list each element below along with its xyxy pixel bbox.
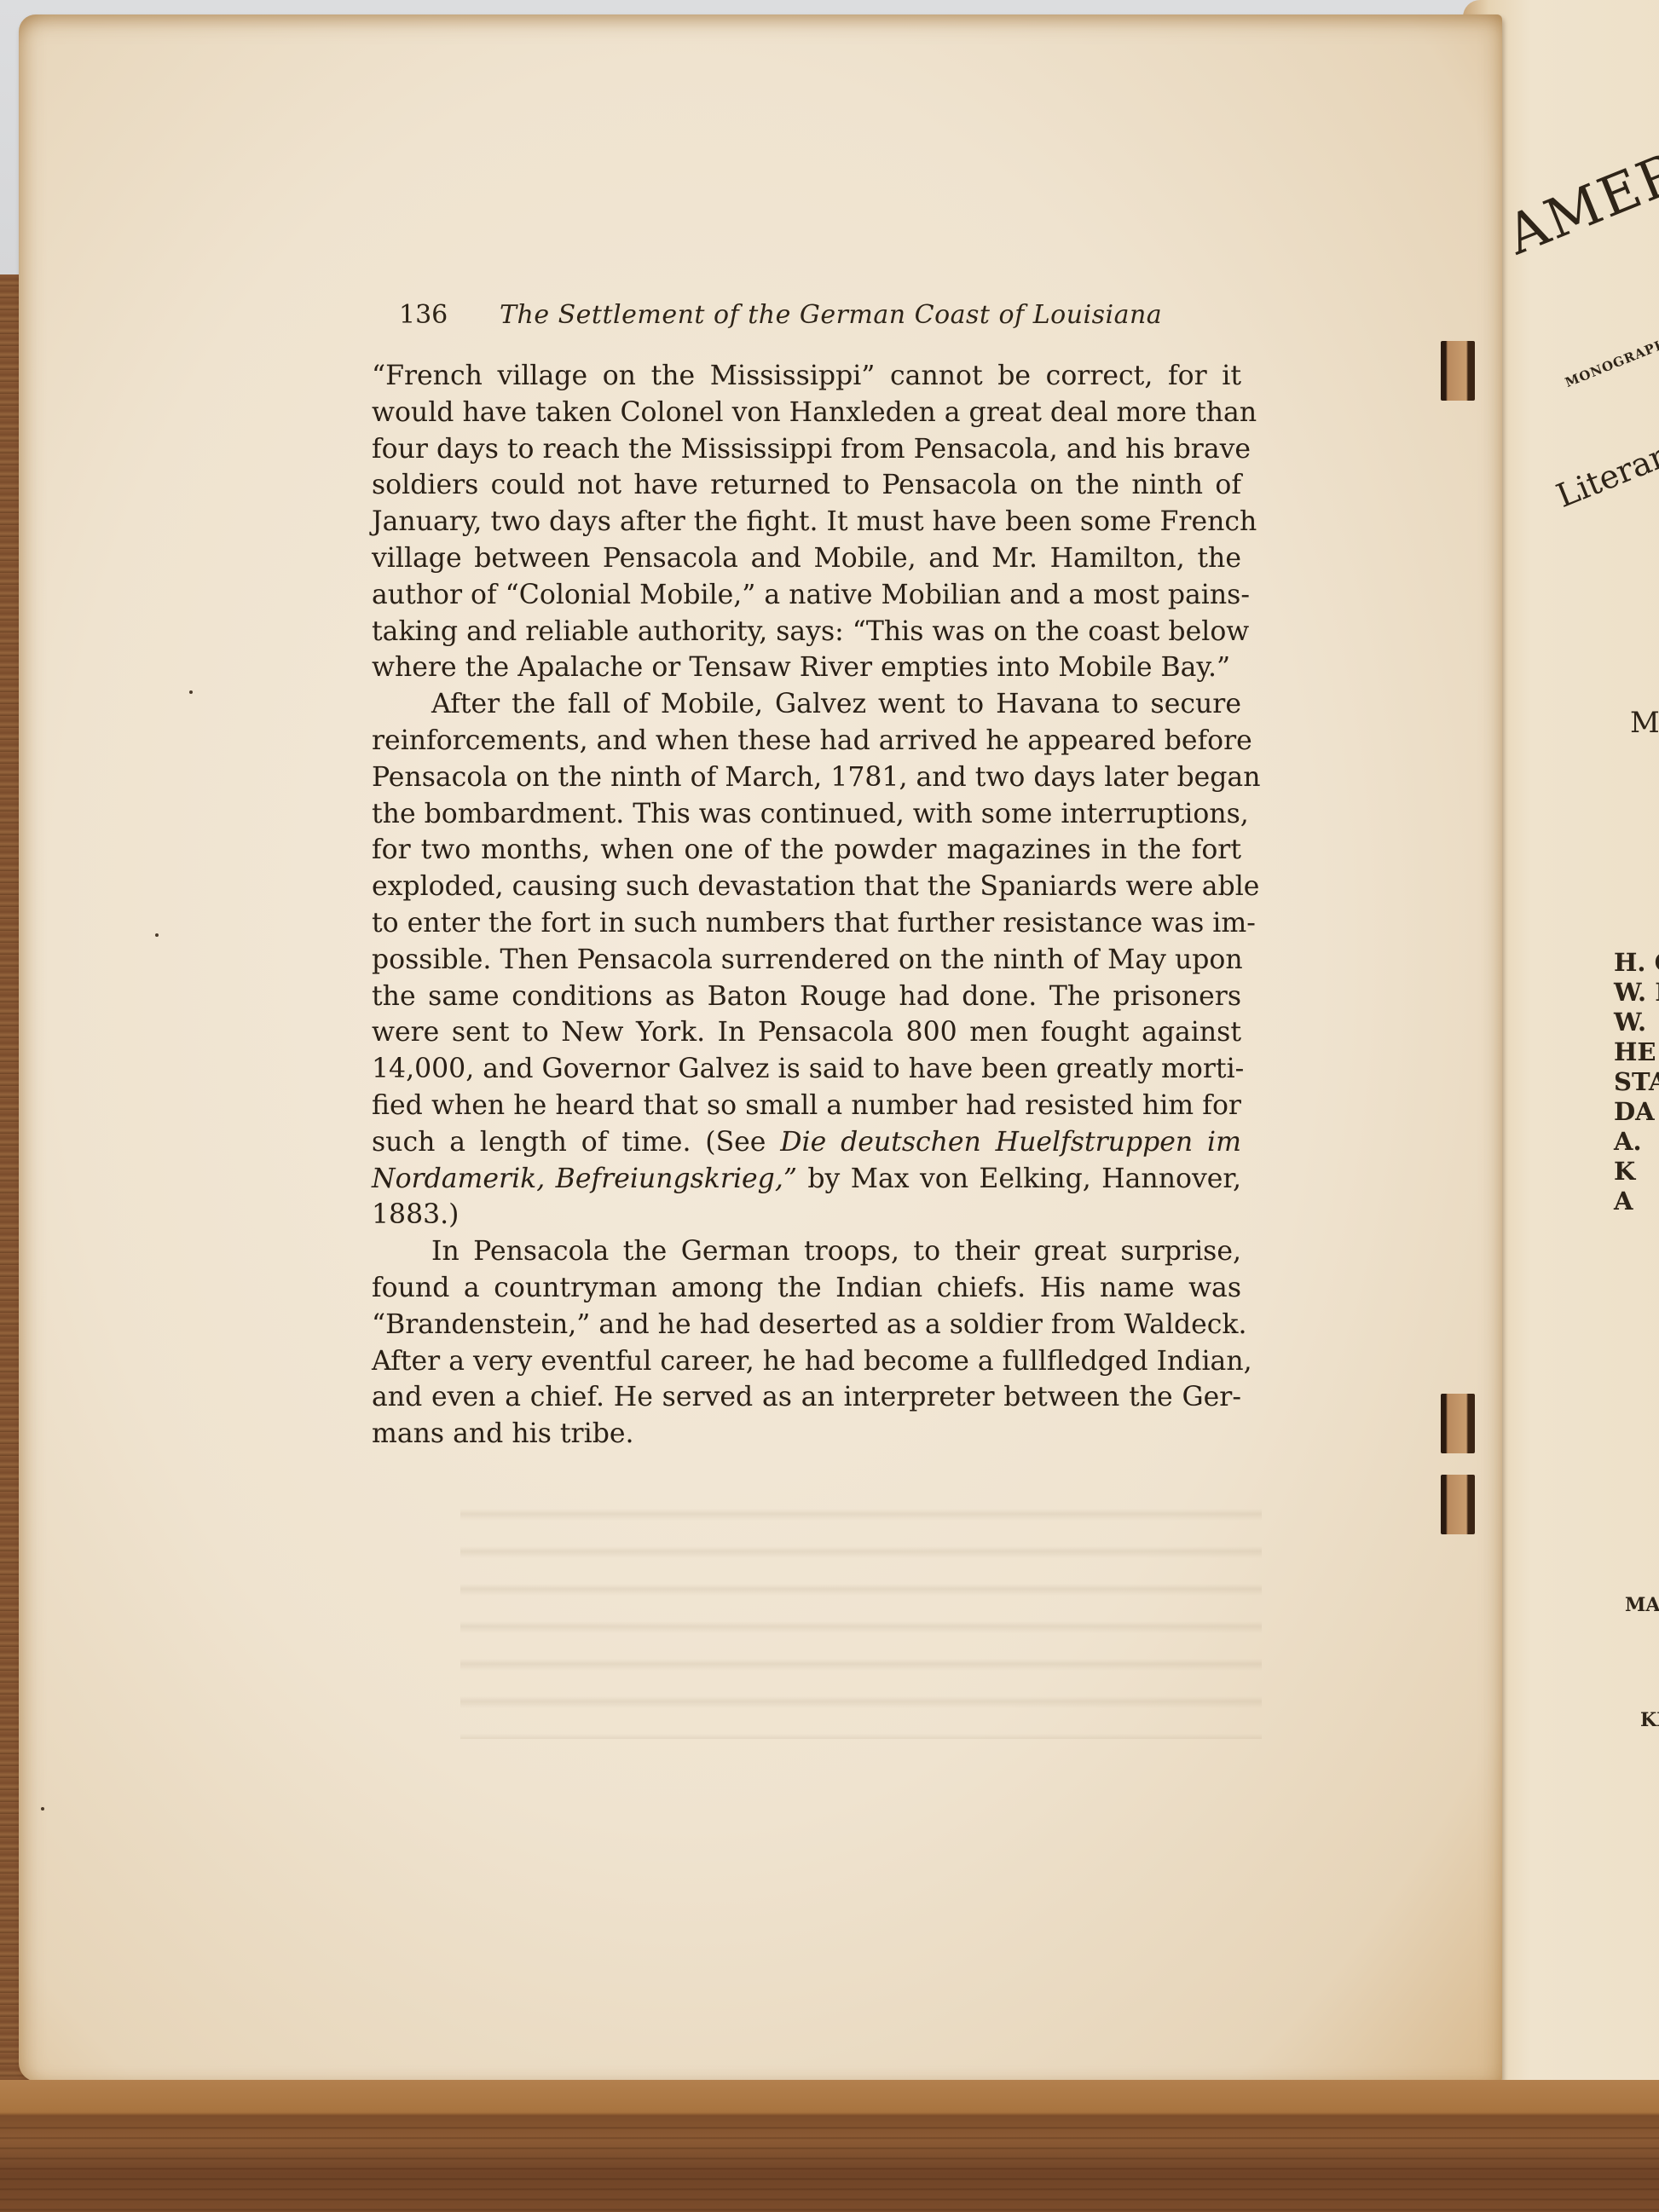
text-line: author of “Colonial Mobile,” a native Mo… [372, 577, 1241, 614]
text-line: In Pensacola the German troops, to their… [372, 1233, 1241, 1270]
page-number: 136 [399, 300, 500, 330]
text-line: January, two days after the fight. It mu… [372, 504, 1241, 540]
text-line: possible. Then Pensacola surrendered on … [372, 942, 1241, 979]
text-line: were sent to New York. In Pensacola 800 … [372, 1014, 1241, 1051]
text-line: would have taken Colonel von Hanxleden a… [372, 395, 1241, 431]
text-line: mans and his tribe. [372, 1416, 1241, 1453]
text-line: the same conditions as Baton Rouge had d… [372, 979, 1241, 1015]
text-line: soldiers could not have returned to Pens… [372, 467, 1241, 504]
name-fragment: K [1614, 1157, 1659, 1187]
text-line: found a countryman among the Indian chie… [372, 1270, 1241, 1307]
page-body: “French village on the Mississippi” cann… [372, 358, 1241, 1453]
running-title: The Settlement of the German Coast of Lo… [500, 300, 1162, 330]
text-line: reinforcements, and when these had arriv… [372, 723, 1241, 759]
name-fragment: A. [1614, 1127, 1659, 1157]
name-fragment: STA [1614, 1067, 1659, 1097]
paper-speck [41, 1807, 44, 1811]
reverse-side-show-through [460, 1483, 1262, 1739]
text-line: for two months, when one of the powder m… [372, 832, 1241, 869]
text-line: Pensacola on the ninth of March, 1781, a… [372, 759, 1241, 796]
paragraph-3: In Pensacola the German troops, to their… [372, 1233, 1241, 1453]
binding-thread-middle [1441, 1394, 1475, 1453]
citation-prefix: such a length of time. (See [372, 1127, 780, 1158]
text-line: four days to reach the Mississippi from … [372, 431, 1241, 468]
citation-author: by Max von Eelking, Hannover, [797, 1164, 1241, 1194]
text-line: taking and reliable authority, says: “Th… [372, 614, 1241, 650]
text-line: where the Apalache or Tensaw River empti… [372, 650, 1241, 686]
text-line: 14,000, and Governor Galvez is said to h… [372, 1051, 1241, 1088]
right-page-names-list: H. C W. I W. HE STA DA A. K A [1614, 948, 1659, 1216]
right-page-publisher-fragment-2: KI [1640, 1709, 1659, 1731]
right-page-initial-fragment: M [1630, 706, 1659, 740]
name-fragment: HE [1614, 1037, 1659, 1067]
name-fragment: W. [1614, 1008, 1659, 1037]
name-fragment: W. I [1614, 978, 1659, 1008]
paper-speck [155, 933, 159, 937]
citation-line: Nordamerik, Befreiungskrieg,” by Max von… [372, 1161, 1241, 1198]
paper-speck [189, 690, 193, 694]
name-fragment: DA [1614, 1097, 1659, 1127]
wooden-shelf-front [0, 2080, 1659, 2212]
citation-line: such a length of time. (See Die deutsche… [372, 1124, 1241, 1161]
text-line: “Brandenstein,” and he had deserted as a… [372, 1307, 1241, 1343]
text-line: and even a chief. He served as an interp… [372, 1379, 1241, 1416]
binding-thread-top [1441, 341, 1475, 401]
name-fragment: H. C [1614, 948, 1659, 978]
name-fragment: A [1614, 1187, 1659, 1216]
citation-title-italic: Die deutschen Huelfstruppen im [780, 1127, 1241, 1158]
text-line: exploded, causing such devastation that … [372, 869, 1241, 905]
right-page-publisher-fragment: MAY [1625, 1594, 1659, 1616]
text-line: village between Pensacola and Mobile, an… [372, 540, 1241, 577]
paragraph-2: After the fall of Mobile, Galvez went to… [372, 686, 1241, 1233]
text-line: fied when he heard that so small a numbe… [372, 1088, 1241, 1124]
text-line: After the fall of Mobile, Galvez went to… [372, 686, 1241, 723]
text-line: After a very eventful career, he had bec… [372, 1343, 1241, 1380]
text-line: to enter the fort in such numbers that f… [372, 905, 1241, 942]
text-line: “French village on the Mississippi” cann… [372, 358, 1241, 395]
citation-title-italic: Nordamerik, Befreiungskrieg,” [372, 1164, 797, 1194]
text-line: 1883.) [372, 1197, 1241, 1233]
running-head: 136The Settlement of the German Coast of… [399, 300, 1251, 330]
paragraph-1: “French village on the Mississippi” cann… [372, 358, 1241, 686]
binding-thread-lower [1441, 1475, 1475, 1534]
text-line: the bombardment. This was continued, wit… [372, 796, 1241, 833]
